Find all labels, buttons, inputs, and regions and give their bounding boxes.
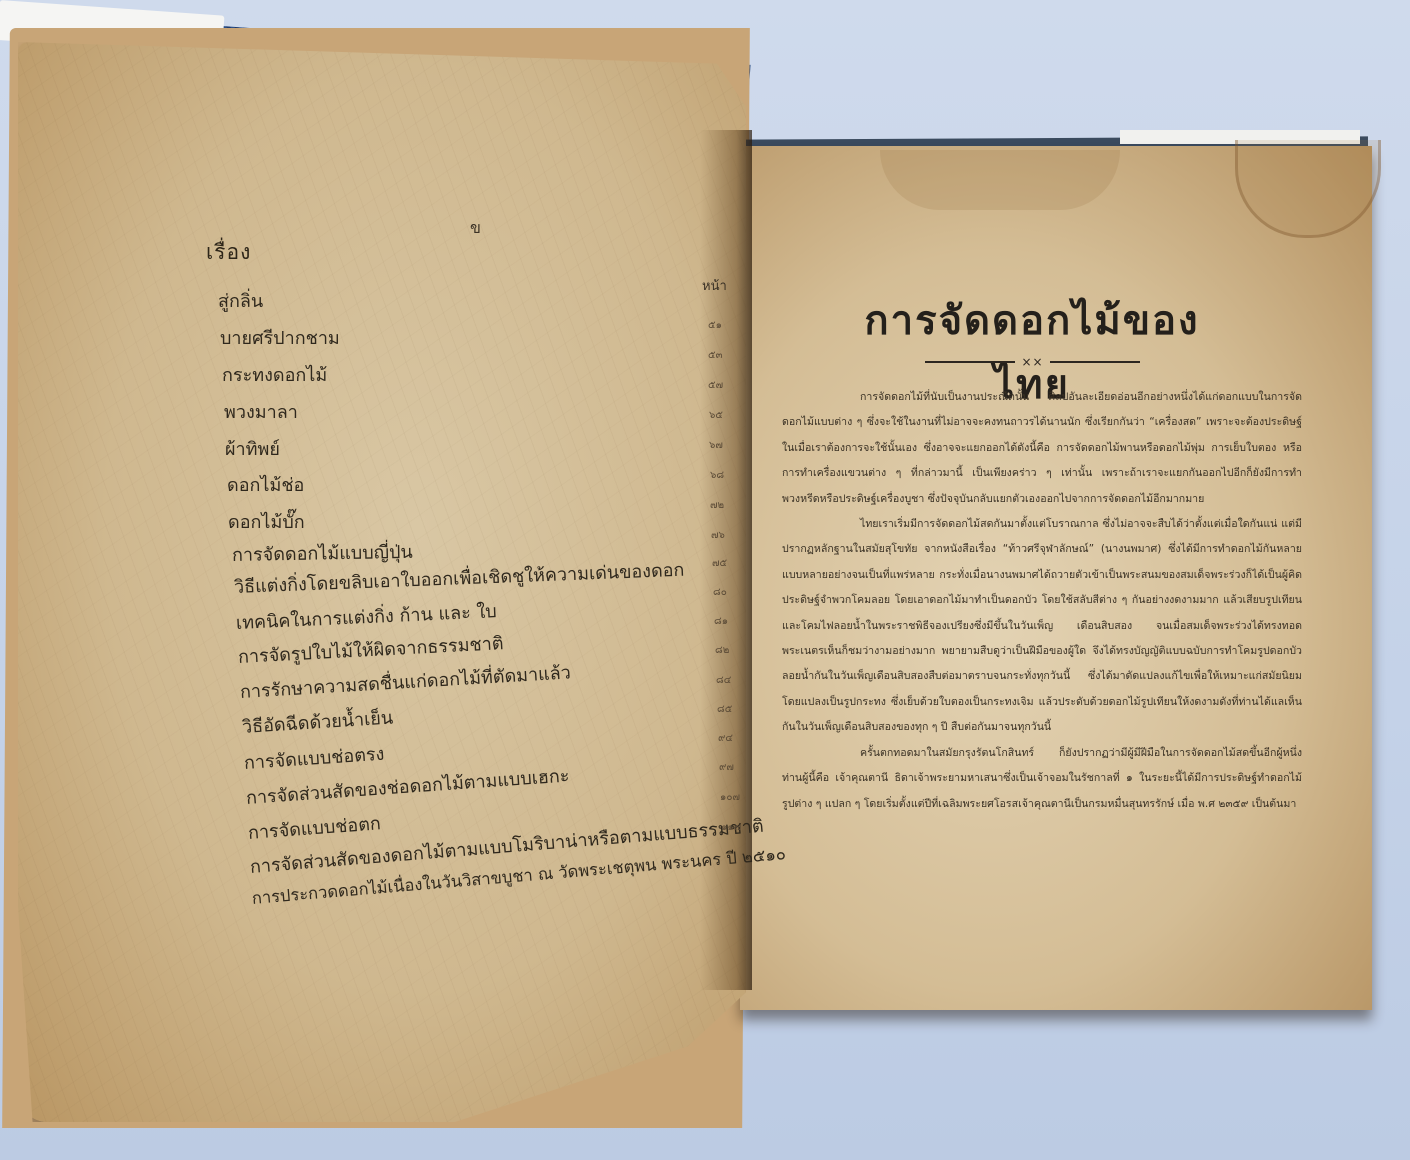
toc-page-number: ๘๒ xyxy=(715,643,729,658)
toc-entry: สู่กลิ่น xyxy=(218,286,263,315)
water-stain xyxy=(880,150,1120,210)
toc-page-number: ๗๕ xyxy=(712,556,727,571)
toc-entry: ดอกไม้ช่อ xyxy=(227,470,304,499)
toc-page-number: ๖๕ xyxy=(709,408,723,423)
page-column-label: หน้า xyxy=(702,275,727,296)
toc-page-number: ๑๑๗ xyxy=(721,820,741,835)
page-letter: ข xyxy=(470,216,481,241)
toc-page-number: ๘๑ xyxy=(714,614,728,629)
toc-entry: การจัดดอกไม้แบบญี่ปุ่น xyxy=(232,537,413,569)
toc-page-number: ๘๔ xyxy=(716,673,731,688)
toc-page-number: ๕๑ xyxy=(708,318,722,333)
toc-page-number: ๗๒ xyxy=(710,498,724,513)
paragraph: ไทยเราเริ่มมีการจัดดอกไม้สดกันมาตั้งแต่โ… xyxy=(782,512,1302,741)
toc-page-number: ๙๔ xyxy=(718,731,733,746)
toc-heading: เรื่อง xyxy=(206,236,251,269)
toc-page-number: ๙๗ xyxy=(719,760,734,775)
toc-page-number: ๖๘ xyxy=(710,468,724,483)
toc-entry: บายศรีปากชาม xyxy=(220,323,340,352)
toc-page-number: ๗๖ xyxy=(711,528,725,543)
toc-entry: ผ้าทิพย์ xyxy=(225,434,280,463)
toc-page-number: ๑๐๗ xyxy=(720,790,740,805)
toc-page-number: ๘๐ xyxy=(713,585,727,600)
toc-page-number: ๕๓ xyxy=(708,348,722,363)
paragraph: ครั้นตกทอดมาในสมัยกรุงรัตนโกสินทร์ ก็ยัง… xyxy=(782,741,1302,817)
ornament-rule xyxy=(1050,361,1140,363)
title-ornament: ×× xyxy=(925,355,1140,369)
toc-entry: พวงมาลา xyxy=(224,397,298,426)
toc-page-number: ๖๗ xyxy=(709,438,723,453)
toc-entry: ดอกไม้บั๊ก xyxy=(228,507,305,536)
toc-page-number: ๘๕ xyxy=(717,702,732,717)
ornament-cross-icon: ×× xyxy=(1021,355,1043,369)
toc-page-number: ๕๗ xyxy=(708,378,723,393)
chapter-body: การจัดดอกไม้ที่นับเป็นงานประณีตนั้น ศิลป… xyxy=(782,385,1302,817)
ornament-rule xyxy=(925,361,1015,363)
toc-entry: กระทงดอกไม้ xyxy=(222,360,327,389)
paragraph: การจัดดอกไม้ที่นับเป็นงานประณีตนั้น ศิลป… xyxy=(782,385,1302,512)
